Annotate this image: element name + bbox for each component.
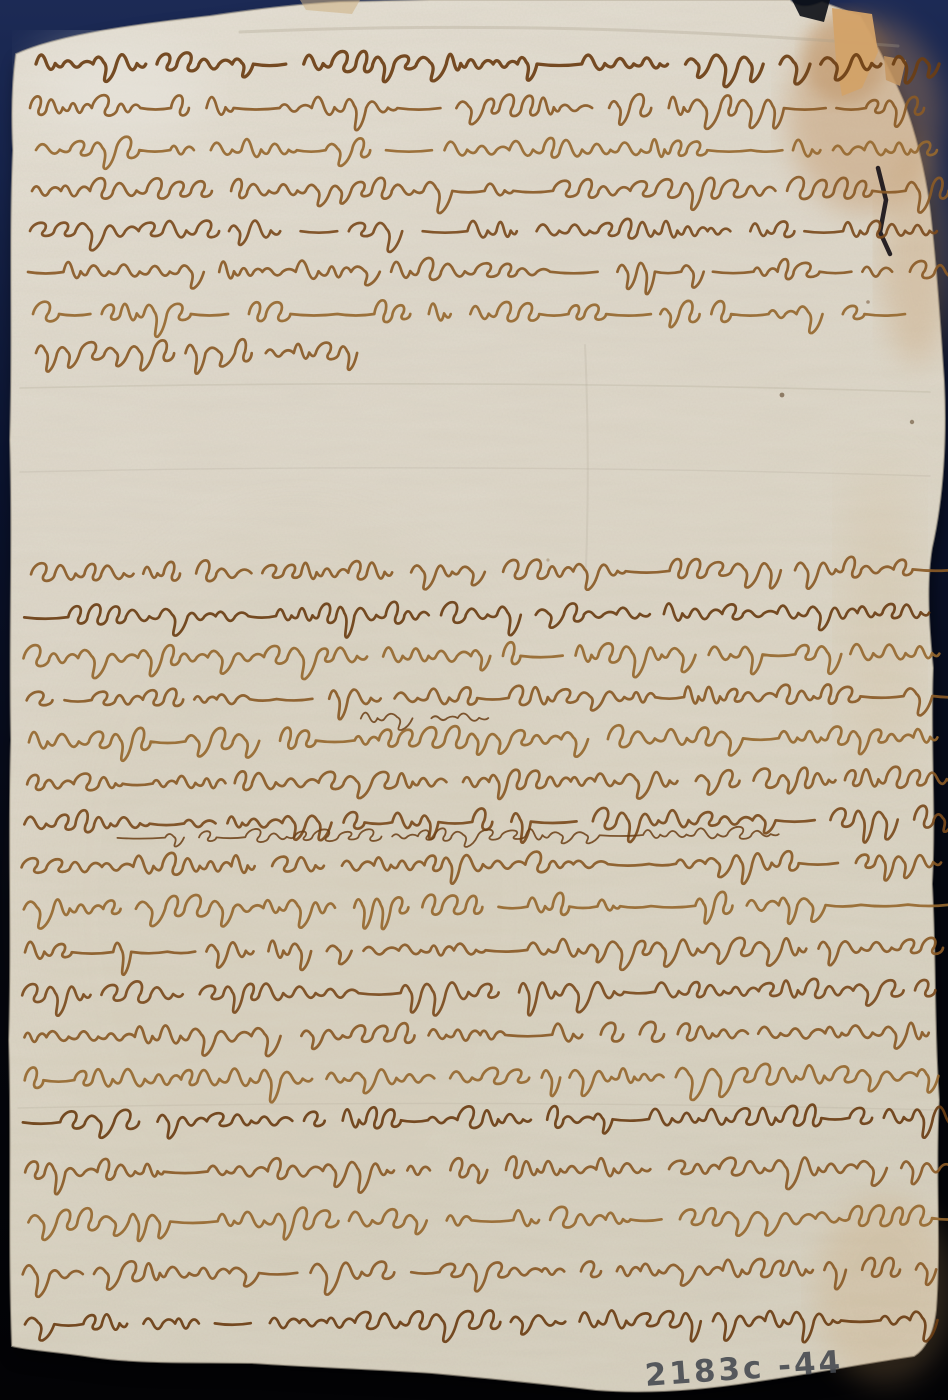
manuscript-photo-canvas: என கிறிவிது வுகுளமி கேய யழறி யமான மறகாச … — [0, 0, 948, 1400]
manuscript-photograph: என கிறிவிது வுகுளமி கேய யழறி யமான மறகாச … — [0, 0, 948, 1400]
